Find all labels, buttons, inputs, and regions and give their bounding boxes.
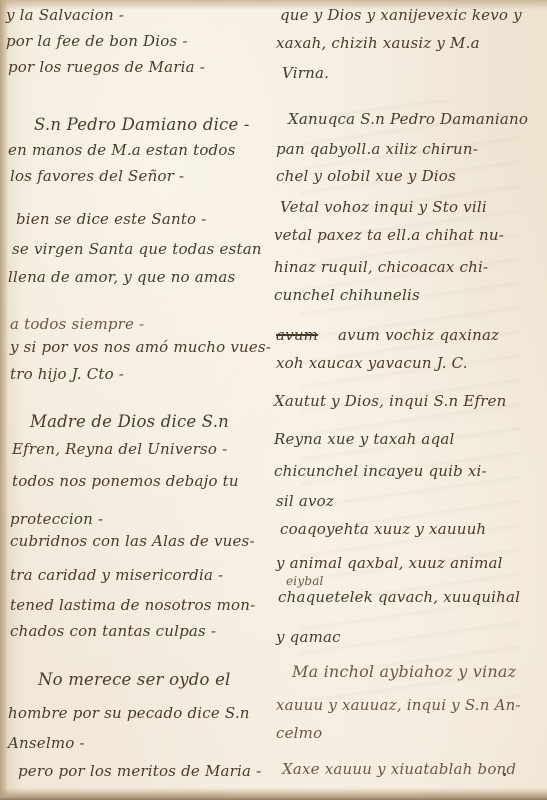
text-line: y animal qaxbal, xuuz animal xyxy=(276,554,503,572)
text-line: Efren, Reyna del Universo - xyxy=(12,440,227,458)
text-line: hombre por su pecado dice S.n xyxy=(8,704,250,722)
text-line: Anselmo - xyxy=(8,734,85,752)
text-line: avum vochiz qaxinaz xyxy=(338,326,499,344)
text-line: y qamac xyxy=(276,628,341,646)
text-line: bien se dice este Santo - xyxy=(16,210,207,228)
text-line: celmo xyxy=(276,724,322,742)
text-line: Reyna xue y taxah aqal xyxy=(274,430,455,448)
text-line: Ma inchol aybiahoz y vinaz xyxy=(292,662,516,681)
text-line: chados con tantas culpas - xyxy=(10,622,216,640)
text-line: tened lastima de nosotros mon- xyxy=(10,596,255,614)
text-line: chaquetelek qavach, xuuquihal xyxy=(278,588,520,606)
text-line: cunchel chihunelis xyxy=(274,286,420,304)
manuscript-page: y la Salvacion - por la fee de bon Dios … xyxy=(0,0,547,800)
text-line: los favores del Señor - xyxy=(10,167,184,185)
text-line: se virgen Santa que todas estan xyxy=(12,240,262,258)
text-line: proteccion - xyxy=(10,510,103,528)
text-line: y si por vos nos amó mucho vues- xyxy=(10,338,271,356)
text-line: en manos de M.a estan todos xyxy=(8,141,235,159)
text-line: cubridnos con las Alas de vues- xyxy=(10,532,255,550)
text-line: llena de amor, y que no amas xyxy=(8,268,235,286)
page-edge-bottom xyxy=(0,788,547,800)
text-line: chel y olobil xue y Dios xyxy=(276,167,456,185)
ink-spot xyxy=(503,773,506,776)
interlinear-note: eiybal xyxy=(286,574,324,588)
text-line: xauuu y xauuaz, inqui y S.n An- xyxy=(276,696,521,714)
text-line: vetal paxez ta ell.a chihat nu- xyxy=(274,226,504,244)
struck-word: avum xyxy=(276,326,318,344)
text-line: y la Salvacion - xyxy=(6,6,124,24)
text-line: chicunchel incayeu quib xi- xyxy=(274,462,487,480)
text-line: Virna. xyxy=(282,64,329,82)
text-line: hinaz ruquil, chicoacax chi- xyxy=(274,258,488,276)
text-line: todos nos ponemos debajo tu xyxy=(12,472,239,490)
text-line: sil avoz xyxy=(276,492,334,510)
text-line: tra caridad y misericordia - xyxy=(10,566,223,584)
text-line: Vetal vohoz inqui y Sto vili xyxy=(280,198,487,216)
text-line: por los ruegos de Maria - xyxy=(8,58,205,76)
text-line: coaqoyehta xuuz y xauuuh xyxy=(280,520,486,538)
text-line: Xautut y Dios, inqui S.n Efren xyxy=(274,392,507,410)
text-line: Xaxe xauuu y xiuatablah bond xyxy=(282,760,516,778)
page-edge-binding xyxy=(0,0,8,800)
text-line: Madre de Dios dice S.n xyxy=(30,412,229,431)
text-line: que y Dios y xanijevexic kevo y xyxy=(280,6,522,24)
text-line: xoh xaucax yavacun J. C. xyxy=(276,354,468,372)
text-line: pero por los meritos de Maria - xyxy=(18,762,261,780)
text-line: por la fee de bon Dios - xyxy=(6,32,188,50)
text-line: xaxah, chizih xausiz y M.a xyxy=(276,34,480,52)
text-line: No merece ser oydo el xyxy=(38,670,231,689)
text-line: tro hijo J. Cto - xyxy=(10,365,124,383)
text-line: Xanuqca S.n Pedro Damaniano xyxy=(288,110,528,128)
text-line: pan qabyoll.a xiliz chirun- xyxy=(276,140,478,158)
text-line: S.n Pedro Damiano dice - xyxy=(34,115,250,134)
text-line: a todos siempre - xyxy=(10,315,144,333)
